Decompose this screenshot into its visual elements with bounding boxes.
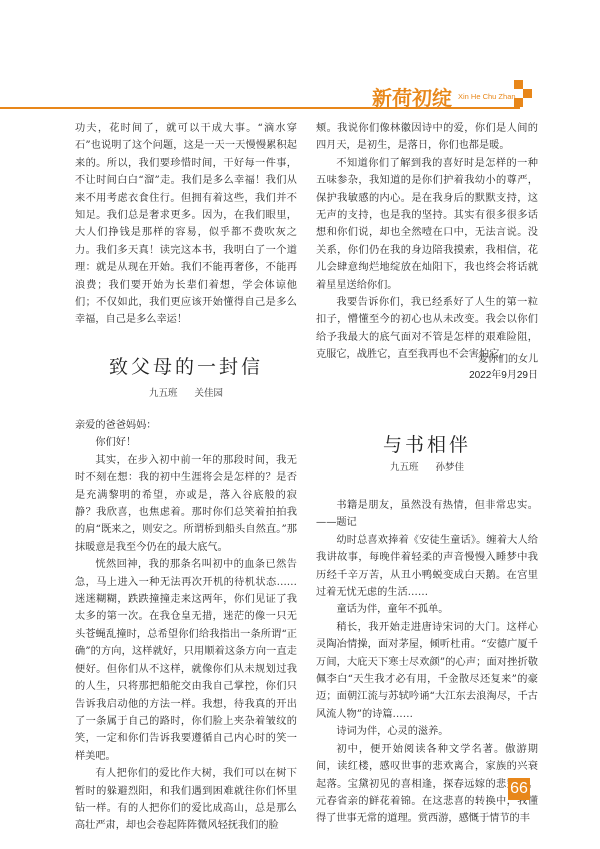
decor-square-icon <box>523 89 532 98</box>
paragraph: 不知道你们了解到我的喜好时是怎样的一种五味参杂，我知道的是你们护着我幼小的尊严，… <box>316 155 538 294</box>
paragraph: 功夫，花时间了，就可以干成大事。“滴水穿石”也说明了这个问题，这是一天一天慢慢累… <box>75 120 297 329</box>
letter-signature: 爱你们的女儿 2022年9月29日 <box>400 352 538 384</box>
paragraph: 初中，便开始阅读各种文学名著。傲游期间，读红楼，感叹世事的悲欢离合，家族的兴衰起… <box>316 741 538 828</box>
decor-square-icon <box>514 98 523 107</box>
section-title: 新荷初绽 <box>372 82 452 111</box>
salutation: 亲爱的爸爸妈妈： <box>75 417 297 434</box>
paragraph: 诗词为伴，心灵的滋养。 <box>316 723 538 740</box>
article2-author: 孙梦佳 <box>436 462 465 473</box>
article2-class: 九五班 <box>390 462 419 473</box>
article2-byline: 九五班 孙梦佳 <box>316 459 538 473</box>
paragraph: 幼时总喜欢捧着《安徒生童话》。缠着大人给我讲故事，每晚伴着轻柔的声音慢慢入睡梦中… <box>316 532 538 602</box>
article1-body: 亲爱的爸爸妈妈： 你们好！ 其实，在步入初中前一年的那段时间，我无时不刻在想：我… <box>75 417 297 835</box>
article1-author: 关佳园 <box>195 388 224 399</box>
paragraph: 其实，在步入初中前一年的那段时间，我无时不刻在想：我的初中生涯将会是怎样的？是否… <box>75 452 297 556</box>
page-number: 66 <box>508 778 530 800</box>
paragraph: 童话为伴，童年不孤单。 <box>316 601 538 618</box>
section-subtitle: Xin He Chu Zhan <box>458 92 516 101</box>
article1-byline: 九五班 关佳园 <box>75 385 297 399</box>
article2-title: 与书相伴 <box>316 430 538 457</box>
paragraph: 你们好！ <box>75 434 297 451</box>
decor-square-icon <box>514 80 523 89</box>
paragraph: 稍长，我开始走进唐诗宋词的大门。这样心灵陶冶情操，面对茅屋，倾听杜甫。“安德广厦… <box>316 619 538 723</box>
continued-text-left: 功夫，花时间了，就可以干成大事。“滴水穿石”也说明了这个问题，这是一天一天慢慢累… <box>75 120 297 329</box>
article1-title: 致父母的一封信 <box>75 352 297 379</box>
paragraph: 书籍是朋友，虽然没有热情，但非常忠实。——题记 <box>316 497 538 532</box>
signature-text: 爱你们的女儿 <box>400 352 538 368</box>
paragraph: 有人把你们的爱比作大树，我们可以在树下暂时的躲避烈阳，和我们遇到困难就往你们怀里… <box>75 765 297 835</box>
page-header: 新荷初绽 Xin He Chu Zhan <box>0 60 600 100</box>
article2-body: 书籍是朋友，虽然没有热情，但非常忠实。——题记 幼时总喜欢捧着《安徒生童话》。缠… <box>316 497 538 828</box>
article1-class: 九五班 <box>149 388 178 399</box>
continued-text-right: 颊。我说你们像林徽因诗中的爱，你们是人间的四月天，是初生，是落日，你们也都是暖。… <box>316 120 538 364</box>
signature-date: 2022年9月29日 <box>400 368 538 384</box>
paragraph: 颊。我说你们像林徽因诗中的爱，你们是人间的四月天，是初生，是落日，你们也都是暖。 <box>316 120 538 155</box>
paragraph: 恍然回神，我的那条名叫初中的血条已然告急，马上进入一种无法再次开机的待机状态……… <box>75 556 297 765</box>
